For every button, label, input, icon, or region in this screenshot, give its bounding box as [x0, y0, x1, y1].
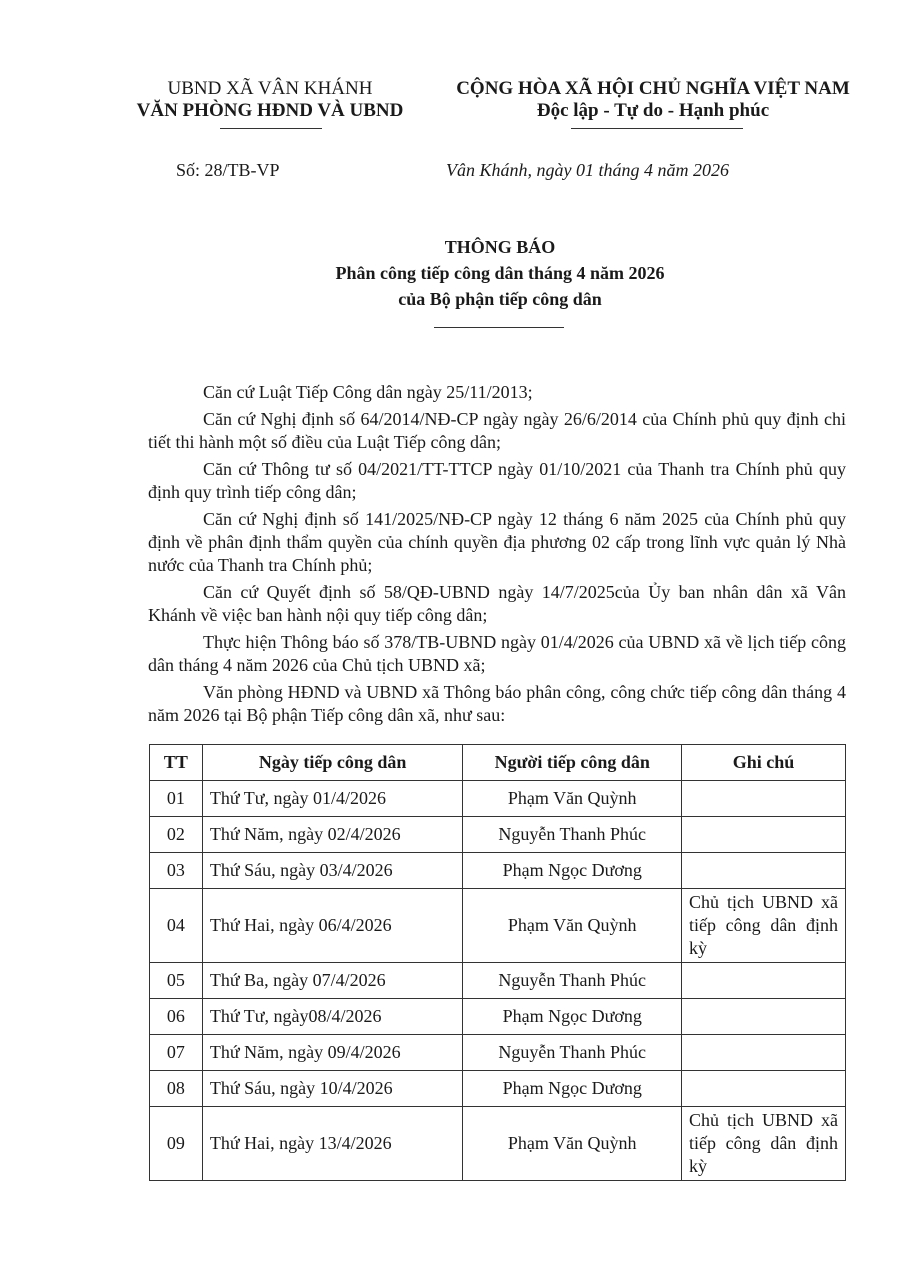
cell-person: Nguyễn Thanh Phúc [463, 817, 682, 853]
paragraph: Thực hiện Thông báo số 378/TB-UBND ngày … [148, 631, 846, 677]
title-main: THÔNG BÁO [190, 234, 810, 260]
cell-tt: 09 [150, 1107, 203, 1181]
header-person: Người tiếp công dân [463, 745, 682, 781]
table-row: 05Thứ Ba, ngày 07/4/2026Nguyễn Thanh Phú… [150, 963, 846, 999]
issuing-agency: UBND XÃ VÂN KHÁNH VĂN PHÒNG HĐND VÀ UBND [100, 78, 440, 122]
agency-line-1: UBND XÃ VÂN KHÁNH [100, 78, 440, 100]
cell-person: Phạm Ngọc Dương [463, 1071, 682, 1107]
cell-tt: 03 [150, 853, 203, 889]
cell-date: Thứ Tư, ngày08/4/2026 [202, 999, 463, 1035]
cell-note [681, 1071, 845, 1107]
paragraph: Căn cứ Thông tư số 04/2021/TT-TTCP ngày … [148, 458, 846, 504]
cell-tt: 04 [150, 889, 203, 963]
cell-date: Thứ Sáu, ngày 03/4/2026 [202, 853, 463, 889]
cell-person: Nguyễn Thanh Phúc [463, 963, 682, 999]
header-tt: TT [150, 745, 203, 781]
table-row: 08Thứ Sáu, ngày 10/4/2026Phạm Ngọc Dương [150, 1071, 846, 1107]
cell-tt: 02 [150, 817, 203, 853]
cell-person: Phạm Văn Quỳnh [463, 1107, 682, 1181]
cell-date: Thứ Tư, ngày 01/4/2026 [202, 781, 463, 817]
cell-date: Thứ Năm, ngày 02/4/2026 [202, 817, 463, 853]
cell-person: Phạm Văn Quỳnh [463, 781, 682, 817]
cell-tt: 06 [150, 999, 203, 1035]
cell-date: Thứ Sáu, ngày 10/4/2026 [202, 1071, 463, 1107]
cell-note [681, 1035, 845, 1071]
cell-note [681, 817, 845, 853]
cell-tt: 07 [150, 1035, 203, 1071]
cell-date: Thứ Hai, ngày 06/4/2026 [202, 889, 463, 963]
schedule-table: TT Ngày tiếp công dân Người tiếp công dâ… [149, 744, 846, 1181]
title-underline [434, 327, 564, 328]
cell-person: Phạm Văn Quỳnh [463, 889, 682, 963]
table-row: 01Thứ Tư, ngày 01/4/2026Phạm Văn Quỳnh [150, 781, 846, 817]
cell-note [681, 781, 845, 817]
header-date: Ngày tiếp công dân [202, 745, 463, 781]
table-header-row: TT Ngày tiếp công dân Người tiếp công dâ… [150, 745, 846, 781]
national-motto: CỘNG HÒA XÃ HỘI CHỦ NGHĨA VIỆT NAM Độc l… [420, 78, 886, 122]
table-row: 04Thứ Hai, ngày 06/4/2026Phạm Văn QuỳnhC… [150, 889, 846, 963]
cell-tt: 01 [150, 781, 203, 817]
paragraph: Căn cứ Nghị định số 141/2025/NĐ-CP ngày … [148, 508, 846, 577]
cell-date: Thứ Ba, ngày 07/4/2026 [202, 963, 463, 999]
document-body: Căn cứ Luật Tiếp Công dân ngày 25/11/201… [148, 381, 846, 731]
nation-title: CỘNG HÒA XÃ HỘI CHỦ NGHĨA VIỆT NAM [420, 78, 886, 100]
cell-person: Nguyễn Thanh Phúc [463, 1035, 682, 1071]
paragraph: Căn cứ Quyết định số 58/QĐ-UBND ngày 14/… [148, 581, 846, 627]
paragraph: Căn cứ Luật Tiếp Công dân ngày 25/11/201… [148, 381, 846, 404]
cell-tt: 05 [150, 963, 203, 999]
cell-note: Chủ tịch UBND xã tiếp công dân định kỳ [681, 1107, 845, 1181]
cell-note [681, 999, 845, 1035]
agency-underline [220, 128, 322, 129]
cell-tt: 08 [150, 1071, 203, 1107]
paragraph: Căn cứ Nghị định số 64/2014/NĐ-CP ngày n… [148, 408, 846, 454]
table-row: 09Thứ Hai, ngày 13/4/2026Phạm Văn QuỳnhC… [150, 1107, 846, 1181]
cell-date: Thứ Năm, ngày 09/4/2026 [202, 1035, 463, 1071]
cell-note [681, 853, 845, 889]
table-row: 03Thứ Sáu, ngày 03/4/2026Phạm Ngọc Dương [150, 853, 846, 889]
title-sub-1: Phân công tiếp công dân tháng 4 năm 2026 [190, 260, 810, 286]
cell-note: Chủ tịch UBND xã tiếp công dân định kỳ [681, 889, 845, 963]
motto-underline [571, 128, 743, 129]
place-and-date: Vân Khánh, ngày 01 tháng 4 năm 2026 [446, 160, 729, 181]
header-note: Ghi chú [681, 745, 845, 781]
cell-person: Phạm Ngọc Dương [463, 853, 682, 889]
motto: Độc lập - Tự do - Hạnh phúc [420, 100, 886, 122]
table-row: 07Thứ Năm, ngày 09/4/2026Nguyễn Thanh Ph… [150, 1035, 846, 1071]
agency-line-2: VĂN PHÒNG HĐND VÀ UBND [100, 100, 440, 122]
cell-note [681, 963, 845, 999]
table-row: 06Thứ Tư, ngày08/4/2026Phạm Ngọc Dương [150, 999, 846, 1035]
document-number: Số: 28/TB-VP [176, 160, 280, 181]
cell-person: Phạm Ngọc Dương [463, 999, 682, 1035]
title-sub-2: của Bộ phận tiếp công dân [190, 286, 810, 312]
table-row: 02Thứ Năm, ngày 02/4/2026Nguyễn Thanh Ph… [150, 817, 846, 853]
cell-date: Thứ Hai, ngày 13/4/2026 [202, 1107, 463, 1181]
document-title: THÔNG BÁO Phân công tiếp công dân tháng … [190, 234, 810, 312]
paragraph: Văn phòng HĐND và UBND xã Thông báo phân… [148, 681, 846, 727]
